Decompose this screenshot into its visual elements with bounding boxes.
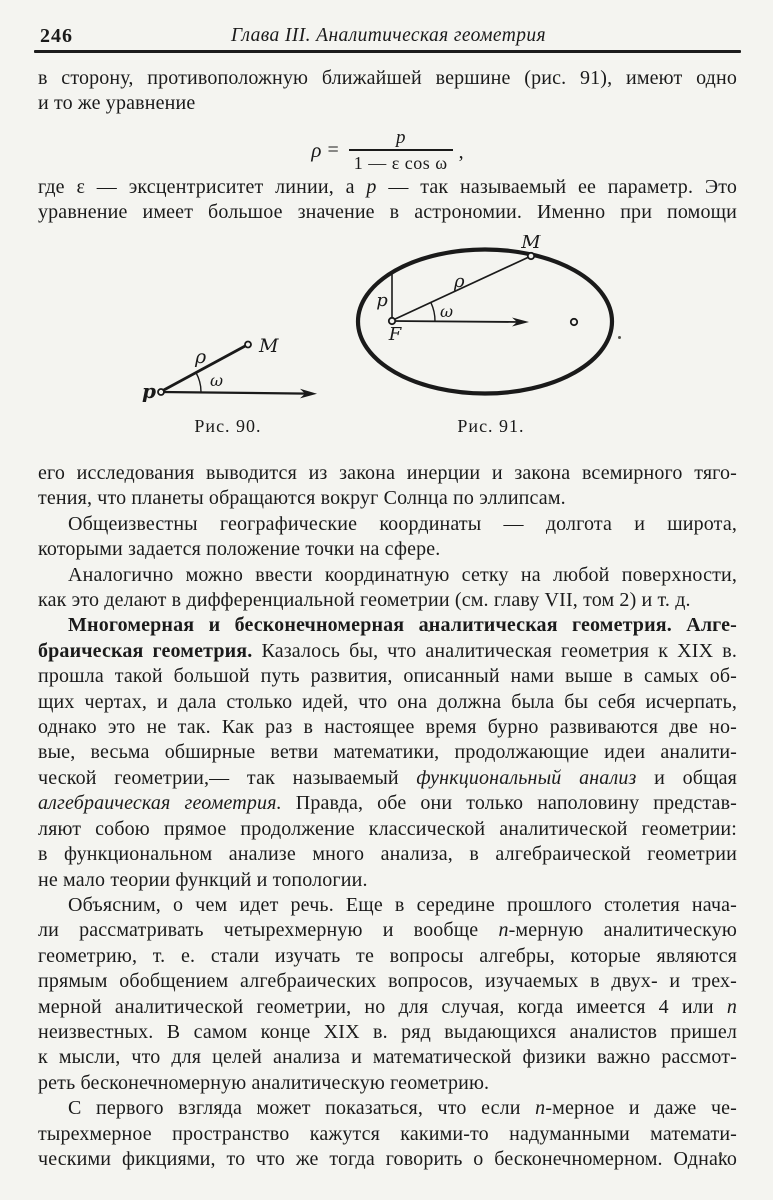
text-run: ляют собою прямое продолжение классическ…	[38, 818, 737, 840]
equation-lhs: ρ	[311, 138, 321, 163]
text-run: к мысли, что для целей анализа и математ…	[38, 1046, 737, 1068]
header-rule	[34, 50, 741, 53]
fraction-bar	[349, 149, 453, 151]
text-run: как это делают в дифференциальной геомет…	[38, 589, 691, 611]
fig90-omega-arc	[196, 373, 201, 393]
text-line: реть бесконечномерную аналитическую геом…	[38, 1071, 737, 1096]
text-run: в сторону, противоположную ближайшей вер…	[38, 67, 737, 89]
text-line: щих чертах, и дала столько идей, что она…	[38, 690, 737, 715]
text-run: вые, весьма обширные ветви математики, п…	[38, 741, 737, 763]
text-run: неизвестных. В самом конце XIX в. ряд вы…	[38, 1021, 737, 1043]
fraction-numerator: p	[392, 128, 410, 148]
text-line: алгебраическая геометрия. Правда, обе он…	[38, 791, 737, 816]
text-run: — так называемый ее параметр. Это	[377, 176, 737, 198]
fig90-pole-point	[158, 389, 164, 395]
scan-speck	[618, 336, 621, 339]
text-run: браическая геометрия.	[38, 640, 252, 662]
paragraph-block-bottom: его исследования выводится из закона ине…	[38, 461, 737, 1172]
fig90-omega-label: ω	[210, 371, 223, 390]
fig91-second-focus-point	[571, 319, 577, 325]
text-run: прямым обобщением алгебраических вопросо…	[38, 970, 737, 992]
text-run: n	[535, 1097, 545, 1119]
fig90-pole-label: p	[142, 379, 156, 403]
text-run: p	[366, 176, 376, 198]
text-line: уравнение имеет большое значение в астро…	[38, 200, 737, 225]
fig90-rho-label: ρ	[194, 346, 207, 368]
fig91-M-label: M	[520, 235, 541, 253]
text-line: браическая геометрия. Казалось бы, что а…	[38, 639, 737, 664]
text-run: и общая	[636, 767, 737, 789]
text-run: алгебраическая геометрия.	[38, 792, 282, 814]
equation-comma: ,	[459, 141, 464, 176]
fig91-p-label: p	[376, 290, 388, 311]
text-line: не мало теории функций и топологии.	[38, 868, 737, 893]
text-line: в сторону, противоположную ближайшей вер…	[38, 66, 737, 91]
text-line: которыми задается положение точки на сфе…	[38, 537, 737, 562]
text-line: ли рассматривать четырехмерную и вообще …	[38, 918, 737, 943]
text-run: Правда, обе они только наполовину предст…	[282, 792, 737, 814]
text-run: где ε — эксцентриситет линии, а	[38, 176, 366, 198]
text-run: прошла такой большой путь развития, опис…	[38, 665, 737, 687]
text-line: С первого взгляда может показаться, что …	[38, 1096, 737, 1121]
text-run: Общеизвестны географические координаты —…	[68, 513, 737, 535]
text-run: которыми задается положение точки на сфе…	[38, 538, 440, 560]
fig91-diagram	[358, 250, 612, 394]
text-run: Казалось бы, что аналитическая геометрия…	[252, 640, 737, 662]
paragraph-block-top: в сторону, противоположную ближайшей вер…	[38, 66, 737, 117]
figures-svg: p M ρ ω Рис. 90. p	[38, 235, 737, 450]
text-run: реть бесконечномерную аналитическую геом…	[38, 1072, 489, 1094]
fig91-caption: Рис. 91.	[457, 416, 524, 436]
text-line: ческой геометрии,— так называемый функци…	[38, 766, 737, 791]
equation-equals: =	[327, 139, 338, 162]
text-line: Аналогично можно ввести координатную сет…	[38, 563, 737, 588]
text-line: прошла такой большой путь развития, опис…	[38, 664, 737, 689]
text-run: геометрию, т. е. стали изучать те вопрос…	[38, 945, 737, 967]
text-run: щих чертах, и дала столько идей, что она…	[38, 691, 737, 713]
text-run: ческой геометрии,— так называемый	[38, 767, 416, 789]
text-line: неизвестных. В самом конце XIX в. ряд вы…	[38, 1020, 737, 1045]
text-run: -мерную аналитическую	[509, 919, 737, 941]
text-line: мерной аналитической геометрии, но для с…	[38, 995, 737, 1020]
text-line: к мысли, что для целей анализа и математ…	[38, 1045, 737, 1070]
text-run: его исследования выводится из закона ине…	[38, 462, 737, 484]
fraction-denominator: 1 — ε cos ω	[349, 153, 453, 173]
text-run: тырехмерное пространство кажутся какими-…	[38, 1123, 737, 1145]
text-run: ли рассматривать четырехмерную и вообще	[38, 919, 498, 941]
text-line: где ε — эксцентриситет линии, а p — так …	[38, 175, 737, 200]
scan-speck	[719, 1152, 722, 1156]
text-run: Многомерная и бесконечномерная аналитиче…	[68, 614, 737, 636]
text-line: Общеизвестны географические координаты —…	[38, 512, 737, 537]
text-run: в функциональном анализе много анализа, …	[38, 843, 737, 865]
text-line: как это делают в дифференциальной геомет…	[38, 588, 737, 613]
text-run: n	[498, 919, 508, 941]
text-run: ческими фикциями, то что же тогда говори…	[38, 1148, 737, 1170]
text-run: мерной аналитической геометрии, но для с…	[38, 996, 727, 1018]
fig91-rho-label: ρ	[453, 271, 465, 292]
fig90-caption: Рис. 90.	[194, 416, 261, 436]
text-line: тения, что планеты обращаются вокруг Сол…	[38, 486, 737, 511]
fig91-focal-axis	[392, 321, 520, 322]
text-run: однако это не так. Как раз в настоящее в…	[38, 716, 737, 738]
text-run: Аналогично можно ввести координатную сет…	[68, 564, 737, 586]
text-line: и то же уравнение	[38, 91, 737, 116]
text-line: прямым обобщением алгебраических вопросо…	[38, 969, 737, 994]
text-line: вые, весьма обширные ветви математики, п…	[38, 740, 737, 765]
fig90-polar-axis	[161, 392, 308, 394]
fig91-F-label: F	[388, 324, 403, 345]
text-line: однако это не так. Как раз в настоящее в…	[38, 715, 737, 740]
text-run: функциональный анализ	[416, 767, 636, 789]
text-line: тырехмерное пространство кажутся какими-…	[38, 1122, 737, 1147]
fig91-omega-label: ω	[440, 302, 453, 321]
text-line: Многомерная и бесконечномерная аналитиче…	[38, 613, 737, 638]
text-line: ляют собою прямое продолжение классическ…	[38, 817, 737, 842]
text-run: и то же уравнение	[38, 92, 195, 114]
text-line: Объясним, о чем идет речь. Еще в середин…	[38, 893, 737, 918]
text-run: тения, что планеты обращаются вокруг Сол…	[38, 487, 566, 509]
text-run: Объясним, о чем идет речь. Еще в середин…	[68, 894, 737, 916]
chapter-running-title: Глава III. Аналитическая геометрия	[38, 25, 739, 47]
text-run: уравнение имеет большое значение в астро…	[38, 201, 737, 223]
paragraph-block-mid: где ε — эксцентриситет линии, а p — так …	[38, 175, 737, 226]
text-line: в функциональном анализе много анализа, …	[38, 842, 737, 867]
equation-polar-conic: ρ = p 1 — ε cos ω ,	[38, 124, 737, 176]
text-run: n	[727, 996, 737, 1018]
book-page: 246 Глава III. Аналитическая геометрия в…	[0, 0, 773, 1200]
scan-speck	[428, 630, 430, 632]
page-header: 246 Глава III. Аналитическая геометрия	[38, 24, 739, 50]
fig91-point-M	[528, 253, 534, 259]
fig90-diagram	[158, 342, 317, 399]
text-run: С первого взгляда может показаться, что …	[68, 1097, 535, 1119]
text-line: его исследования выводится из закона ине…	[38, 461, 737, 486]
fig91-omega-arc	[431, 303, 435, 322]
text-run: -мерное и даже че-	[545, 1097, 737, 1119]
text-line: ческими фикциями, то что же тогда говори…	[38, 1147, 737, 1172]
figures-region: p M ρ ω Рис. 90. p	[38, 235, 737, 450]
text-run: не мало теории функций и топологии.	[38, 869, 368, 891]
fig90-point-M	[245, 342, 251, 348]
fig90-M-label: M	[258, 335, 279, 357]
text-line: геометрию, т. е. стали изучать те вопрос…	[38, 944, 737, 969]
equation-fraction: p 1 — ε cos ω	[349, 128, 453, 173]
